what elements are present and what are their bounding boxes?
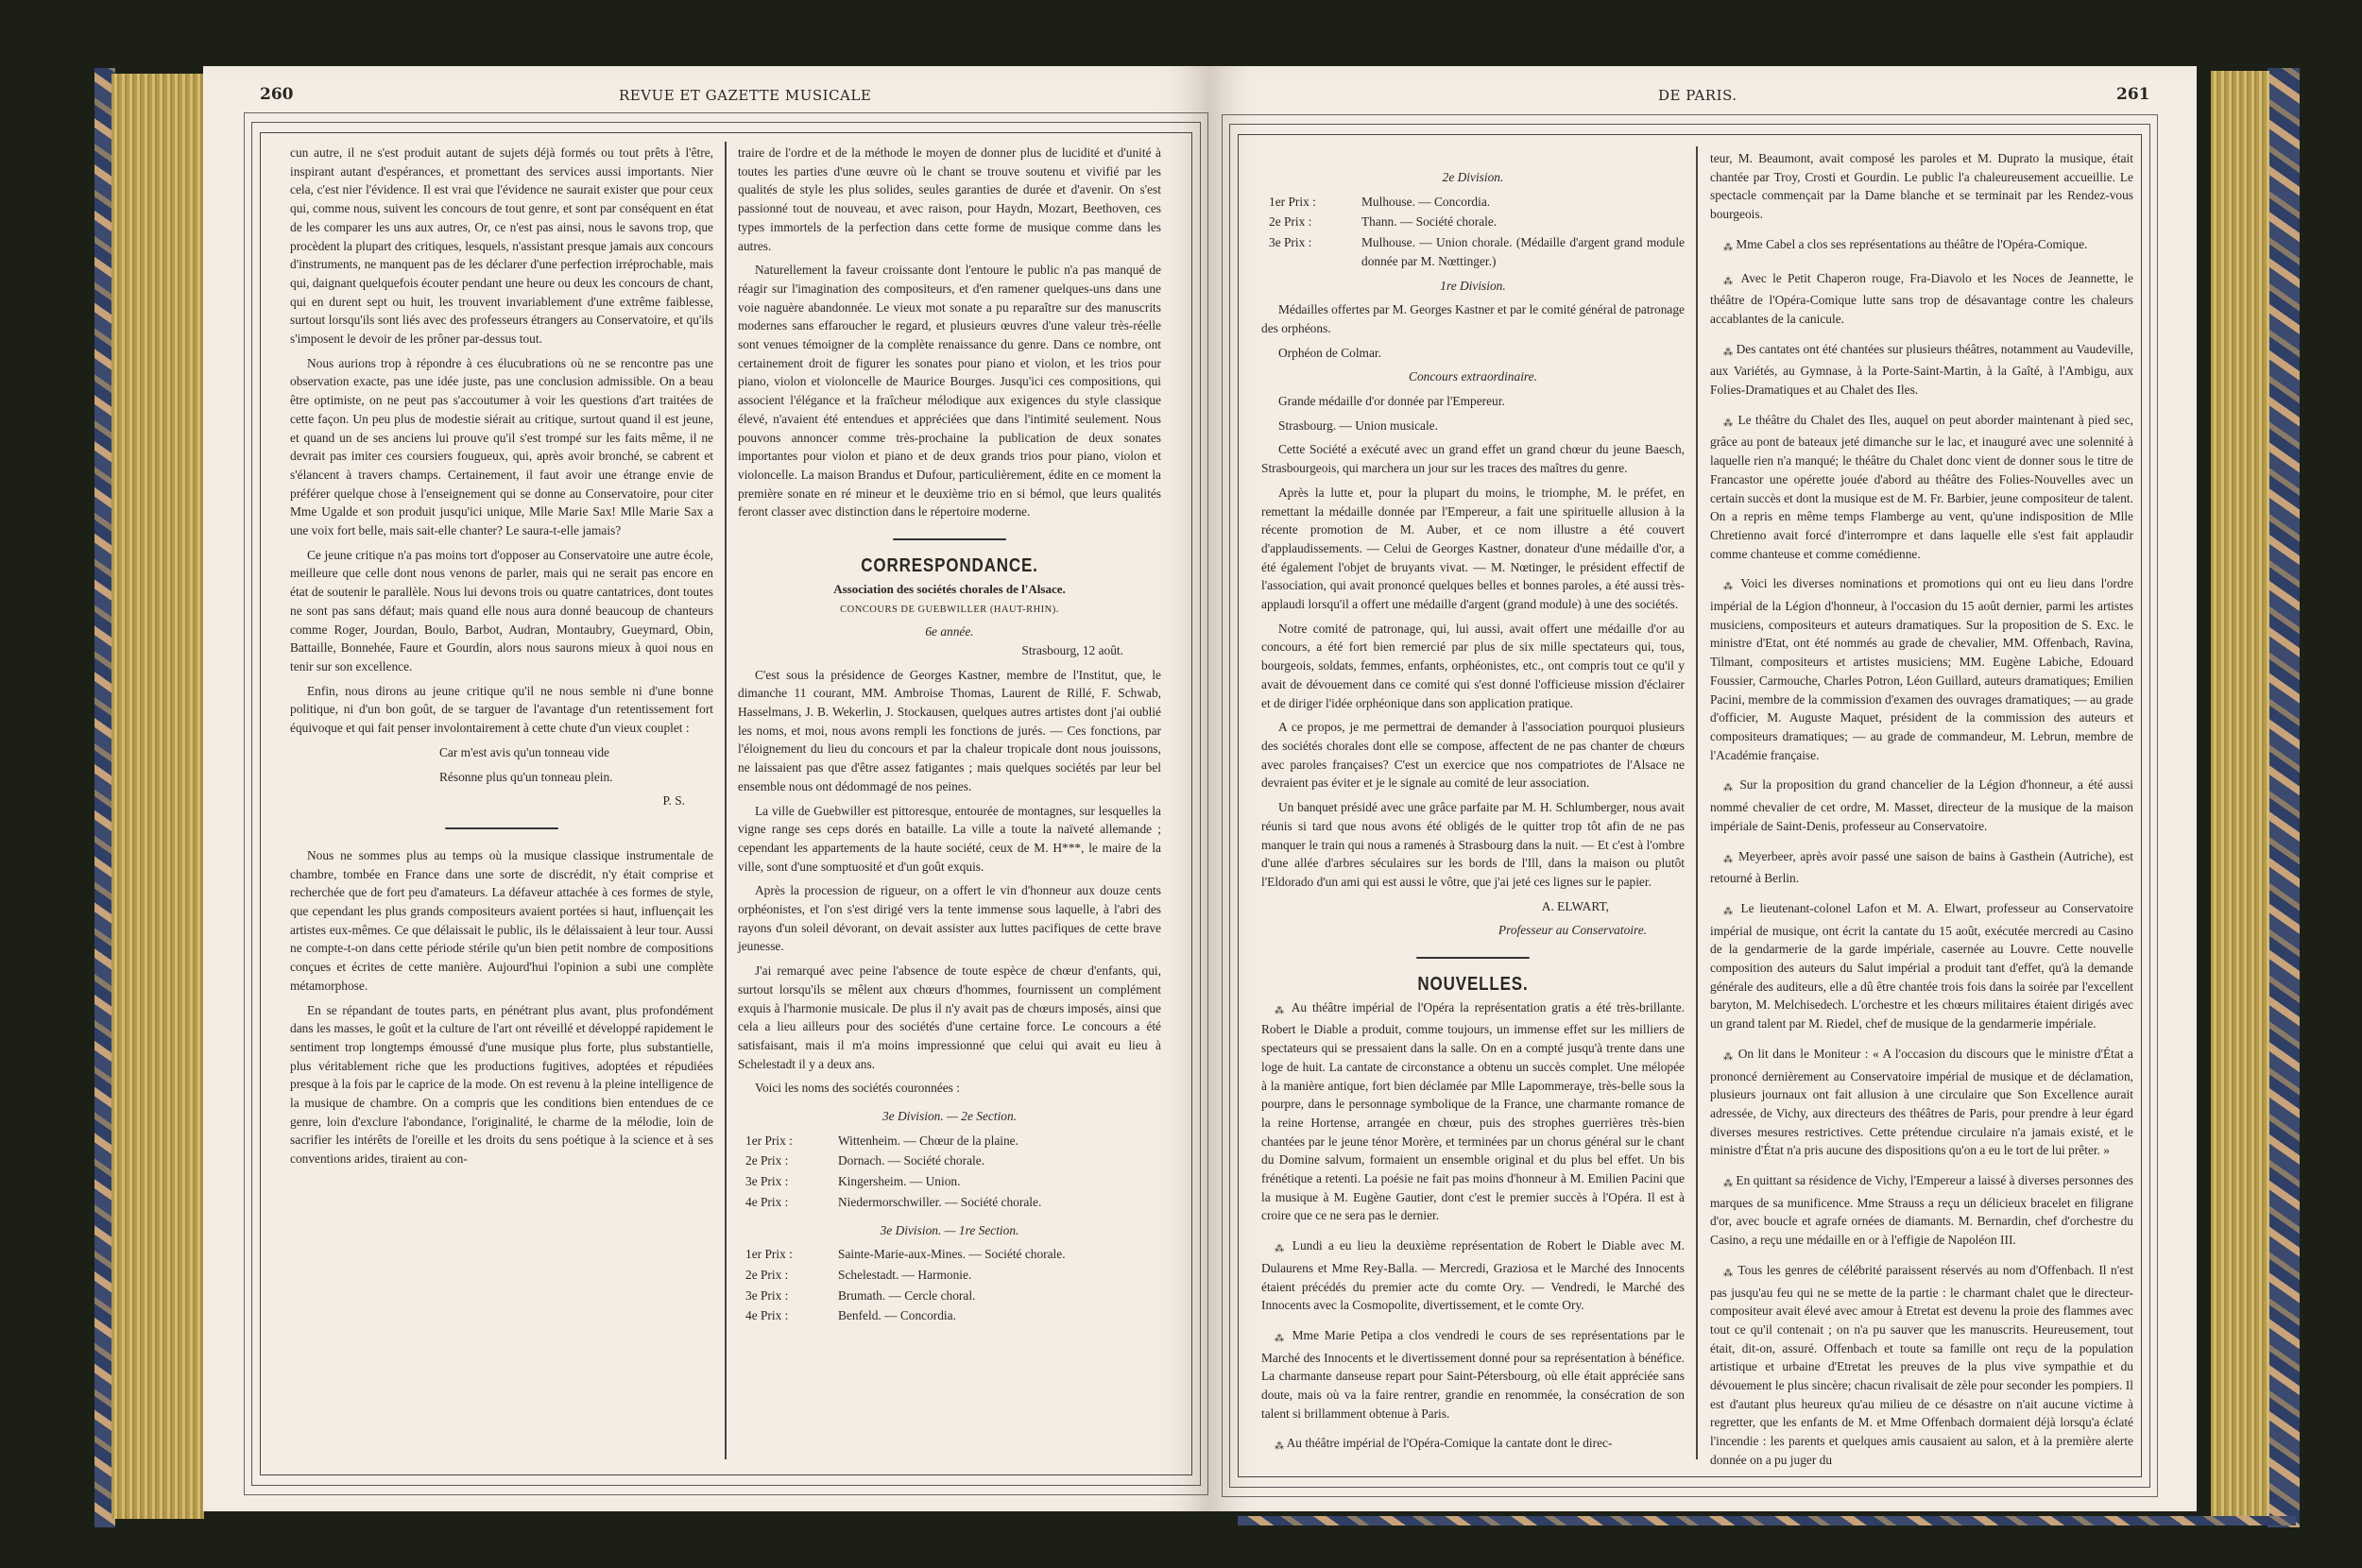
prize-place: 3e Prix :: [745, 1287, 838, 1305]
prize-place: 3e Prix :: [1269, 233, 1361, 270]
prize-row: 3e Prix :Kingersheim. — Union.: [745, 1172, 1161, 1191]
prize-place: 3e Prix :: [745, 1172, 838, 1191]
prize-row: 2e Prix :Thann. — Société chorale.: [1269, 213, 1685, 231]
edition: 6e année.: [738, 622, 1161, 641]
left-page: 260 REVUE ET GAZETTE MUSICALE cun autre,…: [203, 66, 1209, 1511]
concours-line: CONCOURS DE GUEBWILLER (HAUT-RHIN).: [738, 601, 1161, 620]
prize-place: 1er Prix :: [745, 1132, 838, 1150]
left-column-2: traire de l'ordre et de la méthode le mo…: [738, 144, 1161, 1327]
prize-place: 4e Prix :: [745, 1306, 838, 1325]
column-divider: [725, 142, 727, 1459]
paragraph: teur, M. Beaumont, avait composé les par…: [1710, 149, 2133, 224]
division-heading: 1re Division.: [1261, 277, 1685, 296]
paragraph: Nous ne sommes plus au temps où la musiq…: [290, 846, 713, 996]
news-text: On lit dans le Moniteur : « A l'occasion…: [1710, 1047, 2133, 1158]
column-divider: [1696, 146, 1698, 1459]
association-title: Association des sociétés chorales de l'A…: [738, 580, 1161, 599]
paragraph: traire de l'ordre et de la méthode le mo…: [738, 144, 1161, 255]
asterism-icon: ⁂: [1275, 1244, 1287, 1254]
book-cover-right: [2268, 68, 2300, 1527]
news-item: ⁂ Sur la proposition du grand chancelier…: [1710, 775, 2133, 835]
asterism-icon: ⁂: [1723, 783, 1735, 793]
signature: P. S.: [290, 792, 713, 810]
running-head: REVUE ET GAZETTE MUSICALE: [619, 87, 871, 104]
right-page: DE PARIS. 261 2e Division. 1er Prix :Mul…: [1209, 66, 2197, 1511]
news-text: Des cantates ont été chantées sur plusie…: [1710, 342, 2133, 397]
book-cover-bottom: [1238, 1516, 2296, 1525]
page-edge-right: [2211, 71, 2269, 1516]
prize-row: 1er Prix :Wittenheim. — Chœur de la plai…: [745, 1132, 1161, 1150]
asterism-icon: ⁂: [1723, 855, 1734, 865]
paragraph: A ce propos, je me permettrai de demande…: [1261, 718, 1685, 793]
asterism-icon: ⁂: [1275, 1441, 1284, 1452]
prize-text: Grande médaille d'or donnée par l'Empere…: [1261, 392, 1685, 411]
signature: A. ELWART,: [1261, 897, 1685, 916]
paragraph: Notre comité de patronage, qui, lui auss…: [1261, 620, 1685, 713]
news-text: Meyerbeer, après avoir passé une saison …: [1710, 849, 2133, 886]
paragraph: Ce jeune critique n'a pas moins tort d'o…: [290, 546, 713, 676]
paragraph: Un banquet présidé avec une grâce parfai…: [1261, 798, 1685, 892]
winner: Strasbourg. — Union musicale.: [1261, 417, 1685, 435]
paragraph: Voici les noms des sociétés couronnées :: [738, 1079, 1161, 1098]
section-title-correspondance: CORRESPONDANCE.: [770, 557, 1130, 576]
signature-title: Professeur au Conservatoire.: [1261, 921, 1685, 940]
prize-winner: Niedermorschwiller. — Société chorale.: [838, 1193, 1041, 1212]
paragraph: La ville de Guebwiller est pittoresque, …: [738, 802, 1161, 877]
division-heading: Concours extraordinaire.: [1261, 367, 1685, 386]
page-number: 260: [260, 85, 294, 104]
asterism-icon: ⁂: [1723, 1052, 1734, 1063]
ornamental-rule: [1416, 957, 1530, 959]
verse-line: Résonne plus qu'un tonneau plein.: [290, 768, 713, 787]
news-item: ⁂ Au théâtre impérial de l'Opéra la repr…: [1261, 998, 1685, 1225]
asterism-icon: ⁂: [1723, 348, 1733, 358]
news-text: Mme Marie Petipa a clos vendredi le cour…: [1261, 1328, 1685, 1421]
paragraph: En se répandant de toutes parts, en péné…: [290, 1001, 713, 1168]
news-text: Au théâtre impérial de l'Opéra-Comique l…: [1287, 1436, 1613, 1450]
news-item: ⁂ On lit dans le Moniteur : « A l'occasi…: [1710, 1045, 2133, 1160]
verse-line: Car m'est avis qu'un tonneau vide: [290, 743, 713, 762]
paragraph: cun autre, il ne s'est produit autant de…: [290, 144, 713, 349]
prize-row: 3e Prix :Brumath. — Cercle choral.: [745, 1287, 1161, 1305]
division-heading: 2e Division.: [1261, 168, 1685, 187]
paragraph: Cette Société a exécuté avec un grand ef…: [1261, 440, 1685, 477]
prize-row: 1er Prix :Mulhouse. — Concordia.: [1269, 193, 1685, 212]
prize-winner: Schelestadt. — Harmonie.: [838, 1266, 971, 1285]
news-text: Lundi a eu lieu la deuxième représentati…: [1261, 1238, 1685, 1312]
asterism-icon: ⁂: [1723, 907, 1736, 917]
asterism-icon: ⁂: [1723, 1179, 1733, 1189]
prize-row: 2e Prix :Schelestadt. — Harmonie.: [745, 1266, 1161, 1285]
asterism-icon: ⁂: [1723, 582, 1736, 592]
news-text: Le théâtre du Chalet des Iles, auquel on…: [1710, 413, 2133, 561]
news-item: ⁂ Voici les diverses nominations et prom…: [1710, 574, 2133, 764]
prize-row: 4e Prix :Benfeld. — Concordia.: [745, 1306, 1161, 1325]
news-text: Sur la proposition du grand chancelier d…: [1710, 777, 2133, 832]
prize-row: 1er Prix :Sainte-Marie-aux-Mines. — Soci…: [745, 1245, 1161, 1264]
division-heading: 3e Division. — 2e Section.: [738, 1107, 1161, 1126]
news-text: En quittant sa résidence de Vichy, l'Emp…: [1710, 1173, 2133, 1247]
prize-winner: Sainte-Marie-aux-Mines. — Société choral…: [838, 1245, 1066, 1264]
prize-winner: Thann. — Société chorale.: [1361, 213, 1497, 231]
paragraph: Nous aurions trop à répondre à ces élucu…: [290, 354, 713, 540]
news-item: ⁂ Mme Marie Petipa a clos vendredi le co…: [1261, 1326, 1685, 1423]
right-column-2: teur, M. Beaumont, avait composé les par…: [1710, 149, 2133, 1481]
prize-winner: Dornach. — Société chorale.: [838, 1151, 984, 1170]
paragraph: J'ai remarqué avec peine l'absence de to…: [738, 962, 1161, 1073]
prize-winner: Mulhouse. — Union chorale. (Médaille d'a…: [1361, 233, 1685, 270]
prize-winner: Kingersheim. — Union.: [838, 1172, 960, 1191]
news-item: ⁂ Le théâtre du Chalet des Iles, auquel …: [1710, 411, 2133, 564]
news-text: Mme Cabel a clos ses représentations au …: [1736, 237, 2087, 251]
news-item: ⁂ Meyerbeer, après avoir passé une saiso…: [1710, 847, 2133, 888]
paragraph: Médailles offertes par M. Georges Kastne…: [1261, 300, 1685, 337]
winner: Orphéon de Colmar.: [1261, 344, 1685, 363]
prize-place: 2e Prix :: [745, 1266, 838, 1285]
news-item: ⁂ Lundi a eu lieu la deuxième représenta…: [1261, 1236, 1685, 1315]
asterism-icon: ⁂: [1723, 277, 1736, 287]
division-heading: 3e Division. — 1re Section.: [738, 1221, 1161, 1240]
paragraph: Naturellement la faveur croissante dont …: [738, 261, 1161, 521]
prize-place: 1er Prix :: [1269, 193, 1361, 212]
news-text: Avec le Petit Chaperon rouge, Fra-Diavol…: [1710, 271, 2133, 326]
news-text: Tous les genres de célébrité paraissent …: [1710, 1263, 2133, 1467]
ornamental-rule: [445, 827, 558, 829]
asterism-icon: ⁂: [1723, 418, 1734, 429]
asterism-icon: ⁂: [1723, 243, 1733, 253]
paragraph: Après la procession de rigueur, on a off…: [738, 881, 1161, 956]
prize-winner: Brumath. — Cercle choral.: [838, 1287, 975, 1305]
news-item: ⁂ Avec le Petit Chaperon rouge, Fra-Diav…: [1710, 269, 2133, 329]
prize-place: 1er Prix :: [745, 1245, 838, 1264]
prize-place: 2e Prix :: [1269, 213, 1361, 231]
news-item: ⁂ Le lieutenant-colonel Lafon et M. A. E…: [1710, 899, 2133, 1033]
running-head: DE PARIS.: [1658, 87, 1737, 104]
prize-place: 4e Prix :: [745, 1193, 838, 1212]
news-item: ⁂ Des cantates ont été chantées sur plus…: [1710, 340, 2133, 400]
prize-row: 3e Prix :Mulhouse. — Union chorale. (Méd…: [1269, 233, 1685, 270]
prize-winner: Benfeld. — Concordia.: [838, 1306, 956, 1325]
page-number: 261: [2116, 85, 2150, 104]
news-item: ⁂ Mme Cabel a clos ses représentations a…: [1710, 235, 2133, 258]
asterism-icon: ⁂: [1723, 1269, 1734, 1279]
news-item: ⁂ Au théâtre impérial de l'Opéra-Comique…: [1261, 1434, 1685, 1457]
prize-winner: Wittenheim. — Chœur de la plaine.: [838, 1132, 1018, 1150]
prize-place: 2e Prix :: [745, 1151, 838, 1170]
left-column-1: cun autre, il ne s'est produit autant de…: [290, 144, 713, 1174]
asterism-icon: ⁂: [1275, 1006, 1287, 1016]
news-item: ⁂ Tous les genres de célébrité paraissen…: [1710, 1261, 2133, 1470]
prize-row: 2e Prix :Dornach. — Société chorale.: [745, 1151, 1161, 1170]
news-text: Au théâtre impérial de l'Opéra la représ…: [1261, 1000, 1685, 1223]
dateline: Strasbourg, 12 août.: [738, 641, 1161, 660]
asterism-icon: ⁂: [1275, 1334, 1287, 1344]
ornamental-rule: [893, 538, 1006, 540]
paragraph: Enfin, nous dirons au jeune critique qu'…: [290, 682, 713, 738]
section-title-nouvelles: NOUVELLES.: [1293, 976, 1653, 995]
page-edge-left: [111, 74, 204, 1519]
prize-row: 4e Prix :Niedermorschwiller. — Société c…: [745, 1193, 1161, 1212]
news-text: Le lieutenant-colonel Lafon et M. A. Elw…: [1710, 901, 2133, 1031]
paragraph: Après la lutte et, pour la plupart du mo…: [1261, 484, 1685, 614]
news-item: ⁂ En quittant sa résidence de Vichy, l'E…: [1710, 1171, 2133, 1250]
news-text: Voici les diverses nominations et promot…: [1710, 576, 2133, 761]
paragraph: C'est sous la présidence de Georges Kast…: [738, 666, 1161, 796]
right-column-1: 2e Division. 1er Prix :Mulhouse. — Conco…: [1261, 168, 1685, 1468]
prize-winner: Mulhouse. — Concordia.: [1361, 193, 1490, 212]
